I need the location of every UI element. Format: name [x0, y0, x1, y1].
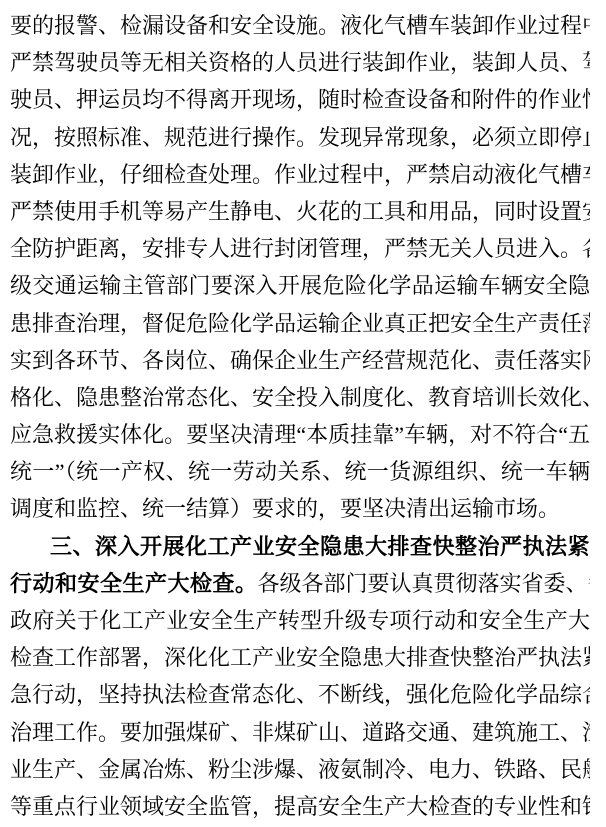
body-text-segment: 严禁使用手机等易产生静电、火花的工具和用品，同时设置安 — [10, 199, 590, 224]
body-text-segment: 况，按照标准、规范进行操作。发现异常现象，必须立即停止 — [10, 125, 590, 150]
body-text-segment: 驶员、押运员均不得离开现场，随时检查设备和附件的作业情 — [10, 87, 590, 112]
text-line: 格化、隐患整治常态化、安全投入制度化、教育培训长效化、 — [10, 379, 590, 416]
text-line: 调度和监控、统一结算）要求的，要坚决清出运输市场。 — [10, 490, 590, 527]
text-line: 装卸作业，仔细检查处理。作业过程中，严禁启动液化气槽车， — [10, 156, 590, 193]
text-line: 检查工作部署，深化化工产业安全隐患大排查快整治严执法紧 — [10, 639, 590, 676]
text-line: 应急救援实体化。要坚决清理“本质挂靠”车辆，对不符合“五 — [10, 416, 590, 453]
text-line: 患排查治理，督促危险化学品运输企业真正把安全生产责任落 — [10, 305, 590, 342]
text-line: 业生产、金属冶炼、粉尘涉爆、液氨制冷、电力、铁路、民航 — [10, 751, 590, 788]
text-line: 行动和安全生产大检查。各级各部门要认真贯彻落实省委、省 — [10, 565, 590, 602]
body-text-segment: 严禁驾驶员等无相关资格的人员进行装卸作业，装卸人员、驾 — [10, 50, 590, 75]
text-line: 驶员、押运员均不得离开现场，随时检查设备和附件的作业情 — [10, 81, 590, 118]
text-line: 三、深入开展化工产业安全隐患大排查快整治严执法紧急 — [10, 528, 590, 565]
body-text-segment: 治理工作。要加强煤矿、非煤矿山、道路交通、建筑施工、渔 — [10, 720, 590, 745]
text-line: 要的报警、检漏设备和安全设施。液化气槽车装卸作业过程中， — [10, 7, 590, 44]
body-text-segment: 统一”（统一产权、统一劳动关系、统一货源组织、统一车辆 — [10, 459, 590, 484]
text-line: 严禁驾驶员等无相关资格的人员进行装卸作业，装卸人员、驾 — [10, 44, 590, 81]
heading-text-segment: 行动和安全生产大检查。 — [10, 571, 258, 596]
text-line: 全防护距离，安排专人进行封闭管理，严禁无关人员进入。各 — [10, 230, 590, 267]
body-text-segment: 政府关于化工产业安全生产转型升级专项行动和安全生产大 — [10, 608, 590, 633]
document-body: 要的报警、检漏设备和安全设施。液化气槽车装卸作业过程中，严禁驾驶员等无相关资格的… — [10, 7, 590, 825]
body-text-segment: 等重点行业领域安全监管，提高安全生产大检查的专业性和针 — [10, 794, 590, 819]
text-line: 级交通运输主管部门要深入开展危险化学品运输车辆安全隐 — [10, 267, 590, 304]
body-text-segment: 急行动，坚持执法检查常态化、不断线，强化危险化学品综合 — [10, 682, 590, 707]
body-text-segment: 调度和监控、统一结算）要求的，要坚决清出运输市场。 — [10, 496, 560, 521]
body-text-segment: 患排查治理，督促危险化学品运输企业真正把安全生产责任落 — [10, 311, 590, 336]
text-line: 等重点行业领域安全监管，提高安全生产大检查的专业性和针 — [10, 788, 590, 825]
heading-text-segment: 三、深入开展化工产业安全隐患大排查快整治严执法紧急 — [50, 534, 590, 559]
text-line: 严禁使用手机等易产生静电、火花的工具和用品，同时设置安 — [10, 193, 590, 230]
body-text-segment: 各级各部门要认真贯彻落实省委、省 — [258, 571, 590, 596]
body-text-segment: 级交通运输主管部门要深入开展危险化学品运输车辆安全隐 — [10, 273, 590, 298]
text-line: 急行动，坚持执法检查常态化、不断线，强化危险化学品综合 — [10, 676, 590, 713]
text-line: 治理工作。要加强煤矿、非煤矿山、道路交通、建筑施工、渔 — [10, 714, 590, 751]
body-text-segment: 应急救援实体化。要坚决清理“本质挂靠”车辆，对不符合“五 — [10, 422, 590, 447]
text-line: 政府关于化工产业安全生产转型升级专项行动和安全生产大 — [10, 602, 590, 639]
text-line: 实到各环节、各岗位、确保企业生产经营规范化、责任落实网 — [10, 342, 590, 379]
body-text-segment: 要的报警、检漏设备和安全设施。液化气槽车装卸作业过程中， — [10, 13, 590, 38]
body-text-segment: 全防护距离，安排专人进行封闭管理，严禁无关人员进入。各 — [10, 236, 590, 261]
body-text-segment: 检查工作部署，深化化工产业安全隐患大排查快整治严执法紧 — [10, 645, 590, 670]
text-line: 统一”（统一产权、统一劳动关系、统一货源组织、统一车辆 — [10, 453, 590, 490]
document-page: 要的报警、检漏设备和安全设施。液化气槽车装卸作业过程中，严禁驾驶员等无相关资格的… — [0, 0, 606, 827]
body-text-segment: 格化、隐患整治常态化、安全投入制度化、教育培训长效化、 — [10, 385, 590, 410]
text-line: 况，按照标准、规范进行操作。发现异常现象，必须立即停止 — [10, 119, 590, 156]
body-text-segment: 业生产、金属冶炼、粉尘涉爆、液氨制冷、电力、铁路、民航 — [10, 757, 590, 782]
body-text-segment: 实到各环节、各岗位、确保企业生产经营规范化、责任落实网 — [10, 348, 590, 373]
body-text-segment: 装卸作业，仔细检查处理。作业过程中，严禁启动液化气槽车， — [10, 162, 590, 187]
